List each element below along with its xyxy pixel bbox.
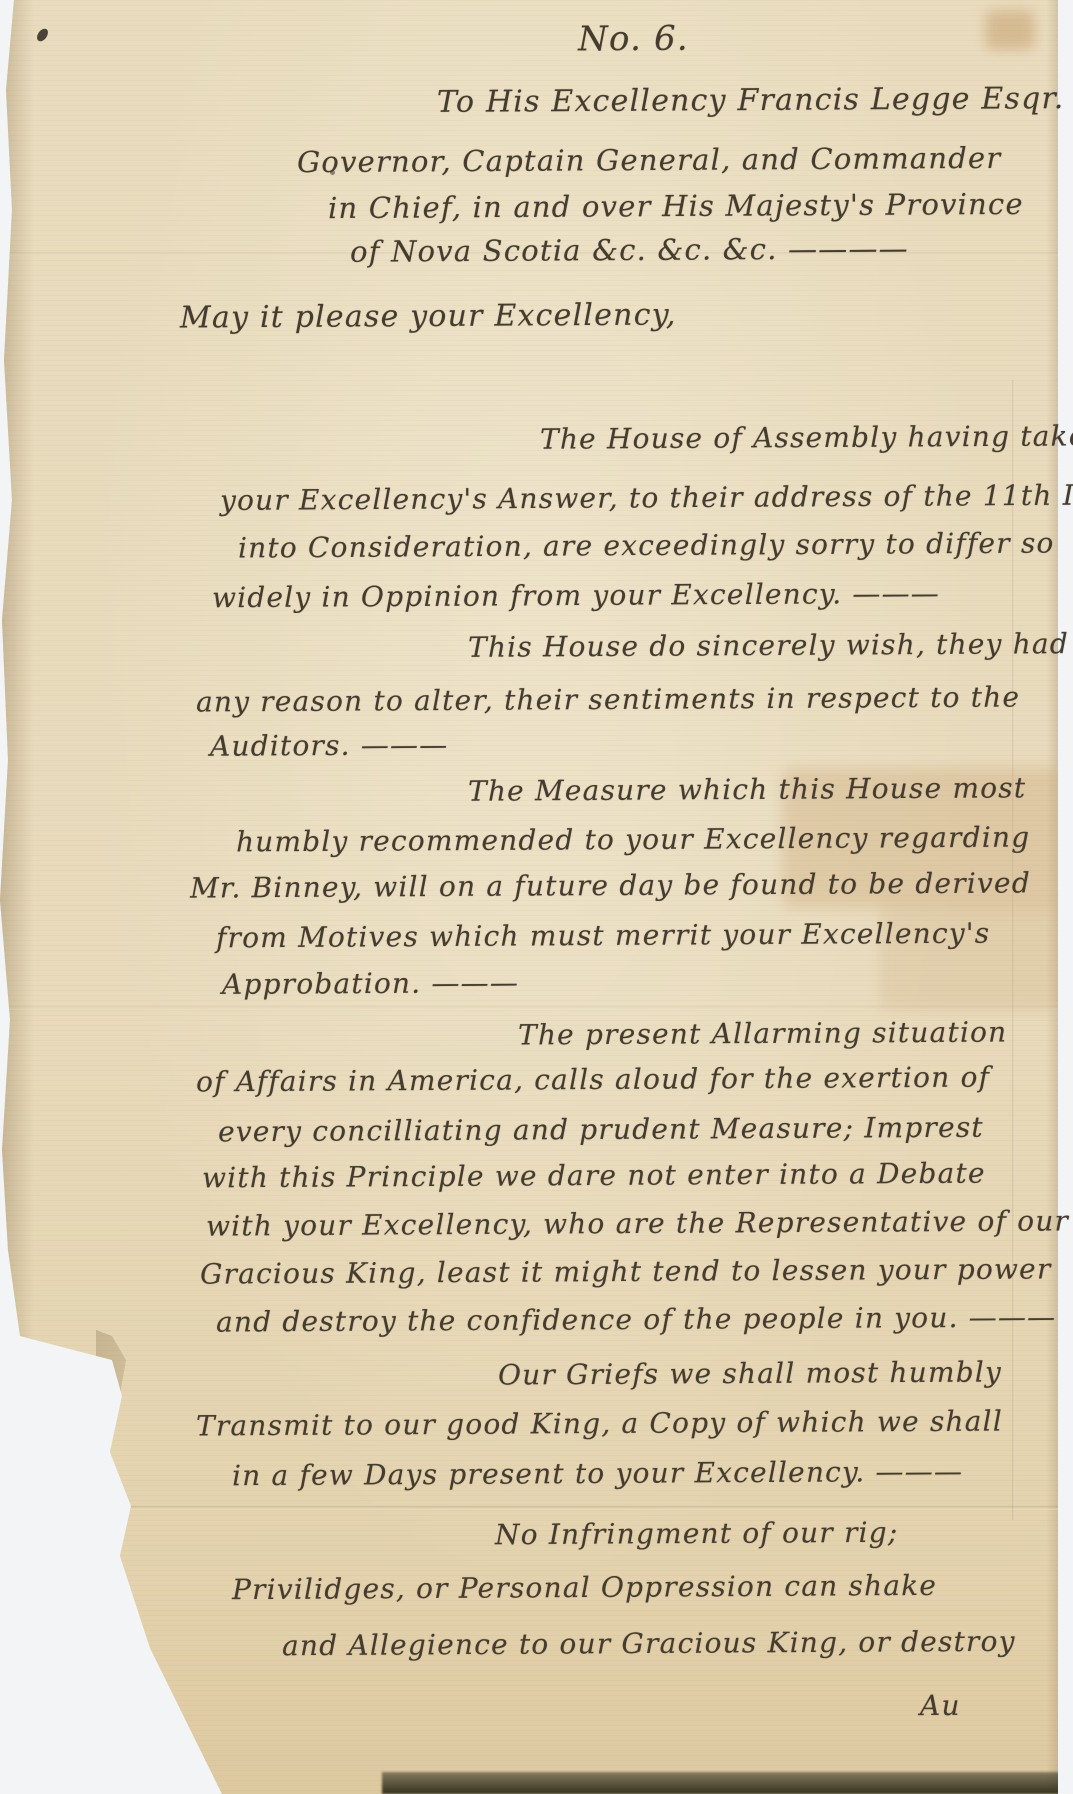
handwritten-line-11: This House do sincerely wish, they had [468,626,1069,665]
handwritten-line-32: Au [920,1688,961,1723]
handwritten-line-9: into Consideration, are exceedingly sorr… [238,526,1055,566]
handwritten-line-15: humbly recommended to your Excellency re… [236,820,1031,860]
document-page: No. 6.To His Excellency Francis Legge Es… [0,0,1073,1794]
handwritten-line-6: May it please your Excellency, [180,296,677,337]
handwritten-line-21: every concilliating and prudent Measure;… [218,1110,984,1150]
handwritten-line-23: with your Excellency, who are the Repres… [206,1203,1069,1243]
handwritten-line-10: widely in Oppinion from your Excellency.… [212,576,940,615]
handwritten-line-20: of Affairs in America, calls aloud for t… [196,1060,990,1100]
handwritten-line-14: The Measure which this House most [468,770,1026,808]
handwritten-line-3: Governor, Captain General, and Commander [297,140,1002,181]
handwritten-line-25: and destroy the confidence of the people… [216,1299,1057,1339]
handwritten-line-7: The House of Assembly having taken [540,418,1073,456]
handwritten-line-12: any reason to alter, their sentiments in… [196,679,1020,719]
handwritten-line-31: and Allegience to our Gracious King, or … [282,1624,1016,1663]
handwriting-layer: No. 6.To His Excellency Francis Legge Es… [0,0,1073,1794]
handwritten-line-19: The present Allarming situation [518,1015,1008,1053]
handwritten-line-16: Mr. Binney, will on a future day be foun… [190,865,1031,905]
handwritten-line-1: No. 6. [578,18,689,61]
handwritten-line-30: Privilidges, or Personal Oppression can … [232,1568,937,1607]
handwritten-line-27: Transmit to our good King, a Copy of whi… [196,1404,1003,1444]
handwritten-line-18: Approbation. ——— [222,965,519,1002]
handwritten-line-28: in a few Days present to your Excellency… [232,1454,963,1493]
handwritten-line-13: Auditors. ——— [210,727,449,763]
handwritten-line-2: To His Excellency Francis Legge Esqr. [437,80,1065,121]
handwritten-line-4: in Chief, in and over His Majesty's Prov… [328,186,1024,226]
handwritten-line-26: Our Griefs we shall most humbly [498,1354,1002,1392]
handwritten-line-29: No Infringment of our rig; [495,1515,899,1552]
handwritten-line-24: Gracious King, least it might tend to le… [200,1251,1052,1291]
handwritten-line-22: with this Principle we dare not enter in… [202,1156,986,1196]
handwritten-line-5: of Nova Scotia &c. &c. &c. ———— [350,230,909,270]
handwritten-line-8: your Excellency's Answer, to their addre… [220,477,1073,518]
handwritten-line-17: from Motives which must merrit your Exce… [216,916,990,956]
